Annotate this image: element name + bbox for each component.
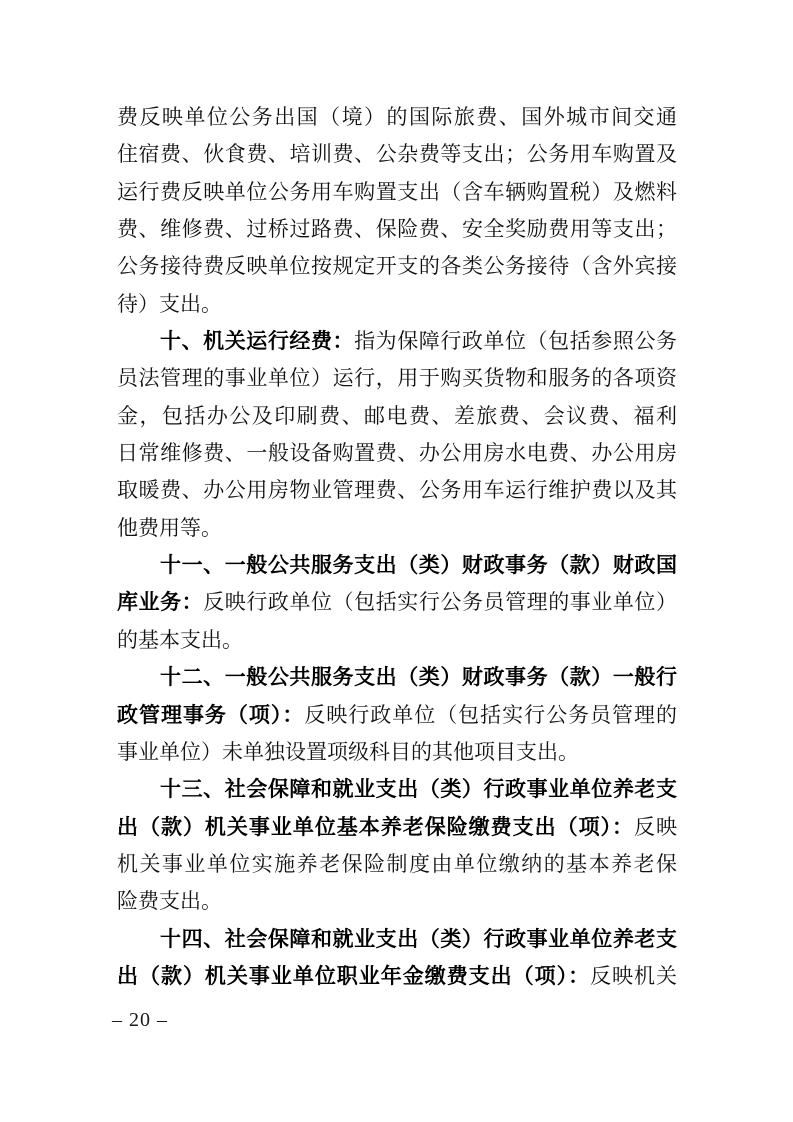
body-text: 日常维修费、一般设备购置费、办公用房水电费、办公用房 [117, 441, 677, 465]
body-text: 员法管理的事业单位）运行，用于购买货物和服务的各项资 [117, 366, 677, 390]
section-heading-text: 十、机关运行经费： [160, 330, 354, 353]
body-text: 机关事业单位实施养老保险制度由单位缴纳的基本养老保 [117, 852, 677, 876]
section-heading-text: 出（款）机关事业单位基本养老保险缴费支出（项）： [117, 816, 634, 839]
body-text: 待）支出。 [117, 292, 222, 316]
section-heading-text: 出（款）机关事业单位职业年金缴费支出（项）： [117, 965, 590, 988]
body-text: 反映机关 [590, 964, 677, 988]
section-heading-text: 库业务： [117, 591, 203, 614]
text-line: 运行费反映单位公务用车购置支出（含车辆购置税）及燃料 [117, 174, 677, 211]
body-text: 住宿费、伙食费、培训费、公杂费等支出；公务用车购置及 [117, 142, 677, 166]
body-text: 金，包括办公及印刷费、邮电费、差旅费、会议费、福利费、 [117, 404, 677, 435]
text-line: 政管理事务（项）：反映行政单位（包括实行公务员管理的 [117, 697, 677, 734]
text-line: 十四、社会保障和就业支出（类）行政事业单位养老支 [117, 921, 677, 958]
body-text: 公务接待费反映单位按规定开支的各类公务接待（含外宾接 [117, 254, 677, 278]
text-line: 取暖费、办公用房物业管理费、公务用车运行维护费以及其 [117, 472, 677, 509]
body-text: 指为保障行政单位（包括参照公务 [354, 329, 677, 353]
text-line: 金，包括办公及印刷费、邮电费、差旅费、会议费、福利费、 [117, 398, 677, 435]
body-text: 反映行政单位（包括实行公务员管理的 [304, 703, 677, 727]
text-line: 出（款）机关事业单位职业年金缴费支出（项）：反映机关 [117, 958, 677, 995]
text-line: 日常维修费、一般设备购置费、办公用房水电费、办公用房 [117, 435, 677, 472]
body-text: 费反映单位公务出国（境）的国际旅费、国外城市间交通费、 [117, 105, 677, 136]
text-line: 待）支出。 [117, 286, 677, 323]
text-line: 出（款）机关事业单位基本养老保险缴费支出（项）：反映 [117, 809, 677, 846]
text-line: 公务接待费反映单位按规定开支的各类公务接待（含外宾接 [117, 248, 677, 285]
body-text: 反映 [634, 815, 677, 839]
text-line: 他费用等。 [117, 510, 677, 547]
text-line: 十、机关运行经费：指为保障行政单位（包括参照公务 [117, 323, 677, 360]
body-text: 他费用等。 [117, 516, 222, 540]
text-line: 库业务：反映行政单位（包括实行公务员管理的事业单位） [117, 584, 677, 621]
text-line: 十二、一般公共服务支出（类）财政事务（款）一般行 [117, 659, 677, 696]
text-line: 险费支出。 [117, 883, 677, 920]
document-text-block: 费反映单位公务出国（境）的国际旅费、国外城市间交通费、住宿费、伙食费、培训费、公… [117, 99, 677, 995]
text-line: 事业单位）未单独设置项级科目的其他项目支出。 [117, 734, 677, 771]
body-text: 费、维修费、过桥过路费、保险费、安全奖励费用等支出； [117, 217, 677, 241]
text-line: 费、维修费、过桥过路费、保险费、安全奖励费用等支出； [117, 211, 677, 248]
text-line: 员法管理的事业单位）运行，用于购买货物和服务的各项资 [117, 360, 677, 397]
section-heading-text: 十一、一般公共服务支出（类）财政事务（款）财政国 [160, 554, 677, 577]
section-heading-text: 十四、社会保障和就业支出（类）行政事业单位养老支 [160, 928, 677, 951]
text-line: 住宿费、伙食费、培训费、公杂费等支出；公务用车购置及 [117, 136, 677, 173]
text-line: 费反映单位公务出国（境）的国际旅费、国外城市间交通费、 [117, 99, 677, 136]
body-text: 险费支出。 [117, 889, 222, 913]
page-number: – 20 – [112, 1006, 168, 1034]
section-heading-text: 十二、一般公共服务支出（类）财政事务（款）一般行 [160, 666, 677, 689]
text-line: 十一、一般公共服务支出（类）财政事务（款）财政国 [117, 547, 677, 584]
body-text: 的基本支出。 [117, 628, 243, 652]
document-page: 费反映单位公务出国（境）的国际旅费、国外城市间交通费、住宿费、伙食费、培训费、公… [0, 0, 793, 1122]
body-text: 运行费反映单位公务用车购置支出（含车辆购置税）及燃料 [117, 180, 677, 204]
section-heading-text: 政管理事务（项）： [117, 704, 304, 727]
section-heading-text: 十三、社会保障和就业支出（类）行政事业单位养老支 [160, 778, 677, 801]
body-text: 事业单位）未单独设置项级科目的其他项目支出。 [117, 740, 579, 764]
text-line: 十三、社会保障和就业支出（类）行政事业单位养老支 [117, 771, 677, 808]
body-text: 取暖费、办公用房物业管理费、公务用车运行维护费以及其 [117, 478, 677, 502]
body-text: 反映行政单位（包括实行公务员管理的事业单位） [203, 590, 677, 614]
text-line: 的基本支出。 [117, 622, 677, 659]
text-line: 机关事业单位实施养老保险制度由单位缴纳的基本养老保 [117, 846, 677, 883]
